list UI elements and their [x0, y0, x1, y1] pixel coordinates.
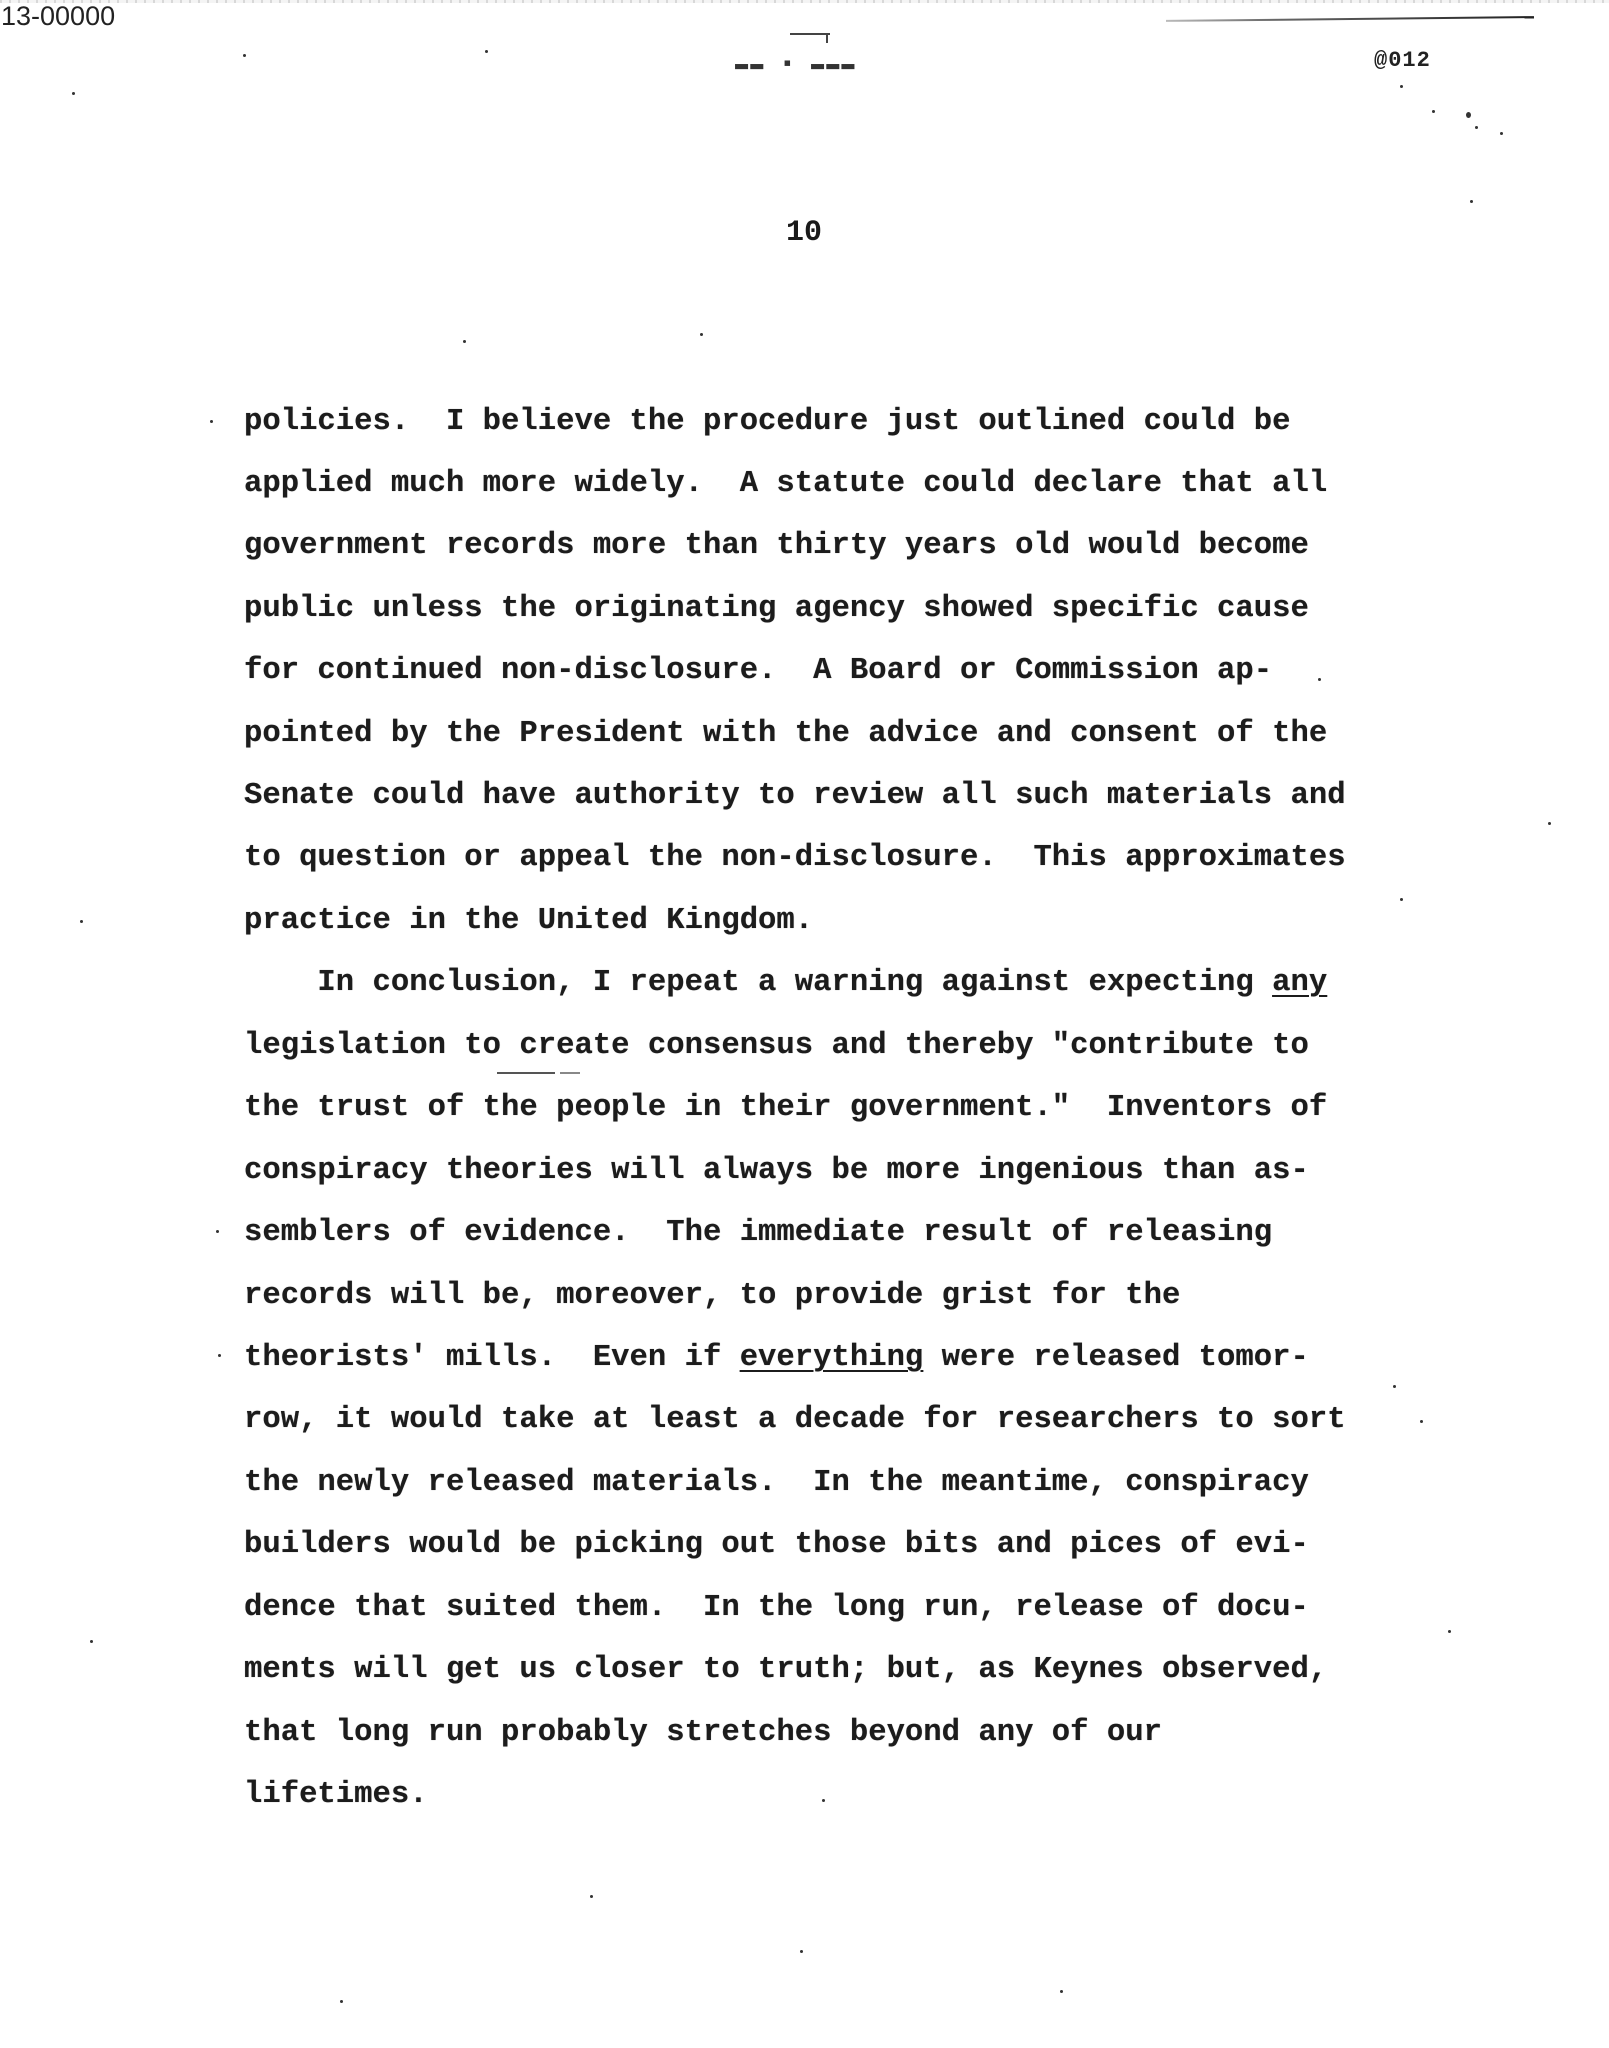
scan-speck [1500, 132, 1503, 135]
scan-speck [485, 50, 488, 53]
scan-top-border [0, 0, 1609, 3]
scan-speck [1318, 678, 1321, 681]
scan-speck [800, 1950, 803, 1953]
scan-speck [218, 1354, 221, 1357]
document-id-stamp: 13-00000 [1, 0, 115, 32]
scan-speck [216, 1230, 219, 1233]
fax-header-cut-text: ▬▬ ▪ ▬▬▬ ▬▬▬ [735, 60, 895, 72]
scan-artifact-dash [497, 1072, 555, 1074]
scan-speck [1400, 85, 1403, 88]
scan-speck [1393, 1385, 1396, 1388]
text-line: builders would be picking out those bits… [244, 1527, 1309, 1563]
text-line: to question or appeal the non-disclosure… [244, 840, 1346, 876]
scan-speck [1548, 822, 1551, 825]
text-line: for continued non-disclosure. A Board or… [244, 653, 1272, 689]
scan-speck [1060, 1990, 1063, 1993]
scan-speck [243, 54, 246, 57]
text-line: the newly released materials. In the mea… [244, 1465, 1309, 1501]
scan-speck [80, 920, 83, 923]
scan-speck [700, 333, 703, 336]
scan-speck [340, 2000, 343, 2003]
text-line: dence that suited them. In the long run,… [244, 1590, 1309, 1626]
text-line: government records more than thirty year… [244, 528, 1309, 564]
text-line: lifetimes. [244, 1777, 428, 1813]
underlined-word: everything [740, 1341, 924, 1375]
text-line: row, it would take at least a decade for… [244, 1402, 1346, 1438]
scan-speck [1420, 1420, 1423, 1423]
scan-speck [1470, 200, 1473, 203]
text-line-paragraph-start: In conclusion, I repeat a warning agains… [244, 965, 1327, 1001]
text-line: Senate could have authority to review al… [244, 778, 1346, 814]
text-line: semblers of evidence. The immediate resu… [244, 1215, 1272, 1251]
scan-artifact-dash [560, 1072, 580, 1074]
text-line: legislation to create consensus and ther… [244, 1028, 1309, 1064]
scan-speck [590, 1895, 593, 1898]
text-line: practice in the United Kingdom. [244, 903, 813, 939]
fax-header-rule [1166, 16, 1534, 22]
text-line: that long run probably stretches beyond … [244, 1715, 1162, 1751]
fax-page-counter: @012 [1374, 48, 1431, 73]
page-number: 10 [786, 216, 822, 250]
scan-speck [1432, 110, 1435, 113]
text-segment: were released tomor- [923, 1341, 1309, 1375]
scan-speck [1400, 898, 1403, 901]
text-line: policies. I believe the procedure just o… [244, 404, 1290, 440]
scan-speck [822, 1799, 825, 1802]
text-line: conspiracy theories will always be more … [244, 1153, 1309, 1189]
scan-speck [72, 92, 75, 95]
text-segment: In conclusion, I repeat a warning agains… [244, 966, 1272, 1000]
text-line: theorists' mills. Even if everything wer… [244, 1340, 1309, 1376]
text-line: applied much more widely. A statute coul… [244, 466, 1327, 502]
scan-speck [1448, 1630, 1451, 1633]
scan-speck [210, 420, 213, 423]
scan-speck [463, 340, 466, 343]
underlined-word: any [1272, 966, 1327, 1000]
text-line: ments will get us closer to truth; but, … [244, 1652, 1327, 1688]
scan-speck [90, 1640, 93, 1643]
text-line: the trust of the people in their governm… [244, 1090, 1327, 1126]
text-line: pointed by the President with the advice… [244, 716, 1327, 752]
scan-speck [1475, 126, 1478, 129]
text-line: records will be, moreover, to provide gr… [244, 1278, 1180, 1314]
fax-header-mark [790, 33, 830, 35]
text-segment: theorists' mills. Even if [244, 1341, 740, 1375]
scan-speck [1466, 112, 1471, 118]
text-line: public unless the originating agency sho… [244, 591, 1309, 627]
